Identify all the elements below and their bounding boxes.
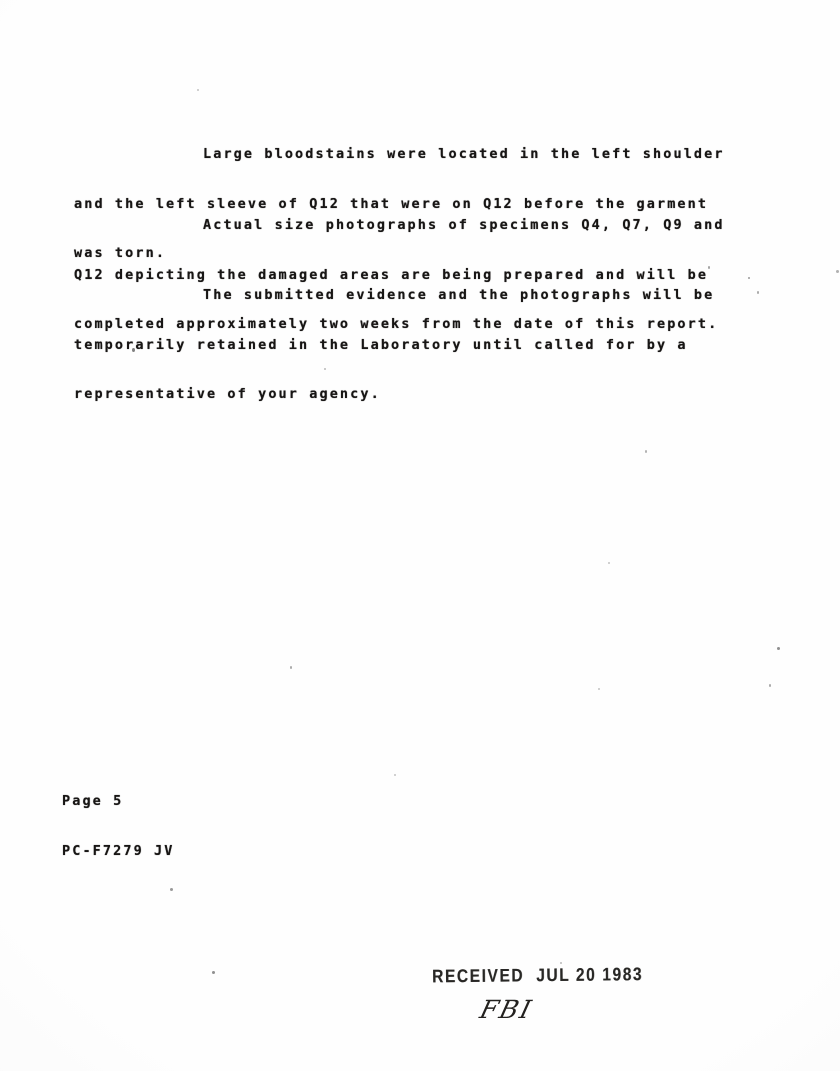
noise-speck — [132, 348, 135, 352]
noise-speck — [197, 89, 199, 91]
fbi-handwritten-annotation: FBI — [477, 995, 536, 1024]
received-stamp: RECEIVEDJUL 20 1983 — [432, 965, 643, 988]
noise-speck — [212, 971, 215, 974]
scanned-document-page: Large bloodstains were located in the le… — [0, 0, 840, 1071]
noise-speck — [748, 277, 750, 279]
noise-speck — [290, 666, 292, 669]
noise-speck — [836, 270, 839, 273]
noise-speck — [769, 684, 771, 687]
received-stamp-date: JUL 20 1983 — [536, 965, 643, 986]
page-number: Page 5 — [62, 793, 175, 810]
file-reference: PC-F7279 JV — [62, 843, 175, 860]
noise-speck — [645, 450, 647, 453]
noise-speck — [757, 291, 759, 294]
paragraph-line: representative of your agency. — [74, 386, 714, 403]
paragraph-line: Large bloodstains were located in the le… — [74, 146, 725, 163]
paragraph-line: The submitted evidence and the photograp… — [74, 287, 714, 304]
noise-speck — [324, 368, 326, 370]
noise-speck — [394, 774, 396, 776]
noise-speck — [170, 888, 173, 891]
noise-speck — [608, 562, 610, 564]
paragraph-evidence-retained: The submitted evidence and the photograp… — [74, 254, 714, 436]
paragraph-line: temporarily retained in the Laboratory u… — [74, 337, 714, 354]
noise-speck — [560, 962, 562, 964]
noise-speck — [598, 688, 600, 690]
page-footer: Page 5 PC-F7279 JV — [62, 760, 175, 892]
noise-speck — [777, 647, 780, 650]
received-stamp-label: RECEIVED — [432, 966, 524, 987]
noise-speck — [708, 266, 710, 269]
paragraph-line: Actual size photographs of specimens Q4,… — [74, 217, 725, 234]
